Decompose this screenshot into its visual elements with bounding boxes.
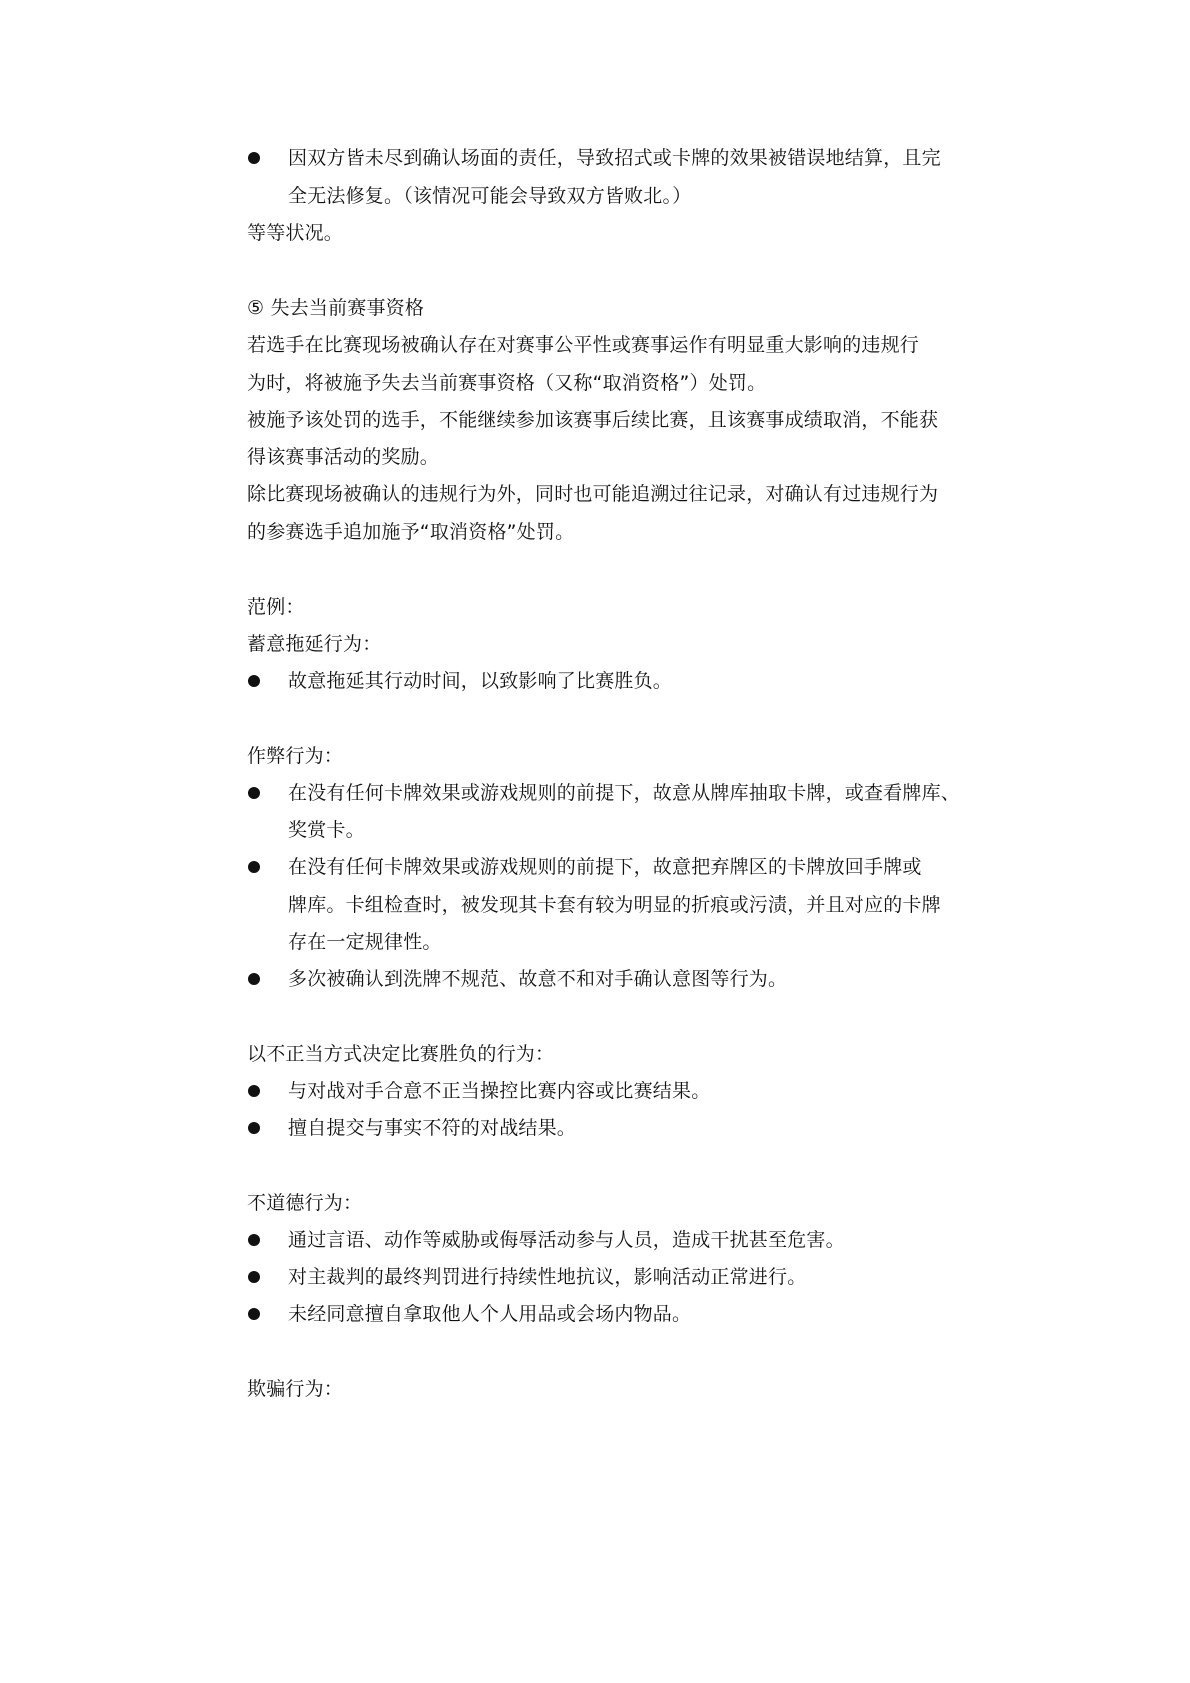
list-item-line: 对主裁判的最终判罚进行持续性地抗议，影响活动正常进行。 bbox=[288, 1264, 806, 1290]
list-item-line: 未经同意擅自拿取他人个人用品或会场内物品。 bbox=[288, 1301, 691, 1327]
section-heading: ⑤ 失去当前赛事资格 bbox=[247, 295, 424, 321]
paragraph-line: 为时，将被施予失去当前赛事资格（又称“取消资格”）处罚。 bbox=[247, 370, 766, 396]
paragraph-line: 的参赛选手追加施予“取消资格”处罚。 bbox=[247, 519, 574, 545]
list-item-line: 擅自提交与事实不符的对战结果。 bbox=[288, 1115, 576, 1141]
examples-label: 范例： bbox=[247, 594, 305, 620]
bullet-icon bbox=[248, 1271, 260, 1283]
bullet-icon bbox=[248, 1085, 260, 1097]
bullet-icon bbox=[248, 787, 260, 799]
bullet-icon bbox=[248, 675, 260, 687]
list-item-line: 故意拖延其行动时间，以致影响了比赛胜负。 bbox=[288, 668, 672, 694]
bullet-icon bbox=[248, 152, 260, 164]
paragraph-line: 除比赛现场被确认的违规行为外，同时也可能追溯过往记录，对确认有过违规行为 bbox=[247, 481, 938, 507]
bullet-icon bbox=[248, 1308, 260, 1320]
list-item-line: 多次被确认到洗牌不规范、故意不和对手确认意图等行为。 bbox=[288, 966, 787, 992]
list-item-line: 存在一定规律性。 bbox=[288, 929, 442, 955]
example-group-title: 以不正当方式决定比赛胜负的行为： bbox=[247, 1041, 554, 1067]
list-item-line: 牌库。卡组检查时，被发现其卡套有较为明显的折痕或污渍，并且对应的卡牌 bbox=[288, 892, 941, 918]
example-group-title: 不道德行为： bbox=[247, 1190, 362, 1216]
document-page: 因双方皆未尽到确认场面的责任，导致招式或卡牌的效果被错误地结算，且完 全无法修复… bbox=[0, 0, 1190, 1683]
list-item-line: 在没有任何卡牌效果或游戏规则的前提下，故意从牌库抽取卡牌，或查看牌库、 bbox=[288, 780, 960, 806]
list-item-line: 与对战对手合意不正当操控比赛内容或比赛结果。 bbox=[288, 1078, 710, 1104]
example-group-title: 蓄意拖延行为： bbox=[247, 631, 381, 657]
list-item-line: 全无法修复。（该情况可能会导致双方皆败北。） bbox=[288, 183, 691, 209]
paragraph-line: 得该赛事活动的奖励。 bbox=[247, 444, 439, 470]
paragraph: 等等状况。 bbox=[247, 220, 343, 246]
paragraph-line: 被施予该处罚的选手，不能继续参加该赛事后续比赛，且该赛事成绩取消，不能获 bbox=[247, 407, 938, 433]
example-group-title: 作弊行为： bbox=[247, 743, 343, 769]
list-item-line: 奖赏卡。 bbox=[288, 817, 365, 843]
bullet-icon bbox=[248, 973, 260, 985]
list-item-line: 因双方皆未尽到确认场面的责任，导致招式或卡牌的效果被错误地结算，且完 bbox=[288, 145, 941, 171]
list-item-line: 在没有任何卡牌效果或游戏规则的前提下，故意把弃牌区的卡牌放回手牌或 bbox=[288, 854, 922, 880]
list-item-line: 通过言语、动作等威胁或侮辱活动参与人员，造成干扰甚至危害。 bbox=[288, 1227, 845, 1253]
bullet-icon bbox=[248, 861, 260, 873]
paragraph-line: 若选手在比赛现场被确认存在对赛事公平性或赛事运作有明显重大影响的违规行 bbox=[247, 332, 919, 358]
example-group-title: 欺骗行为： bbox=[247, 1376, 343, 1402]
bullet-icon bbox=[248, 1234, 260, 1246]
bullet-icon bbox=[248, 1122, 260, 1134]
